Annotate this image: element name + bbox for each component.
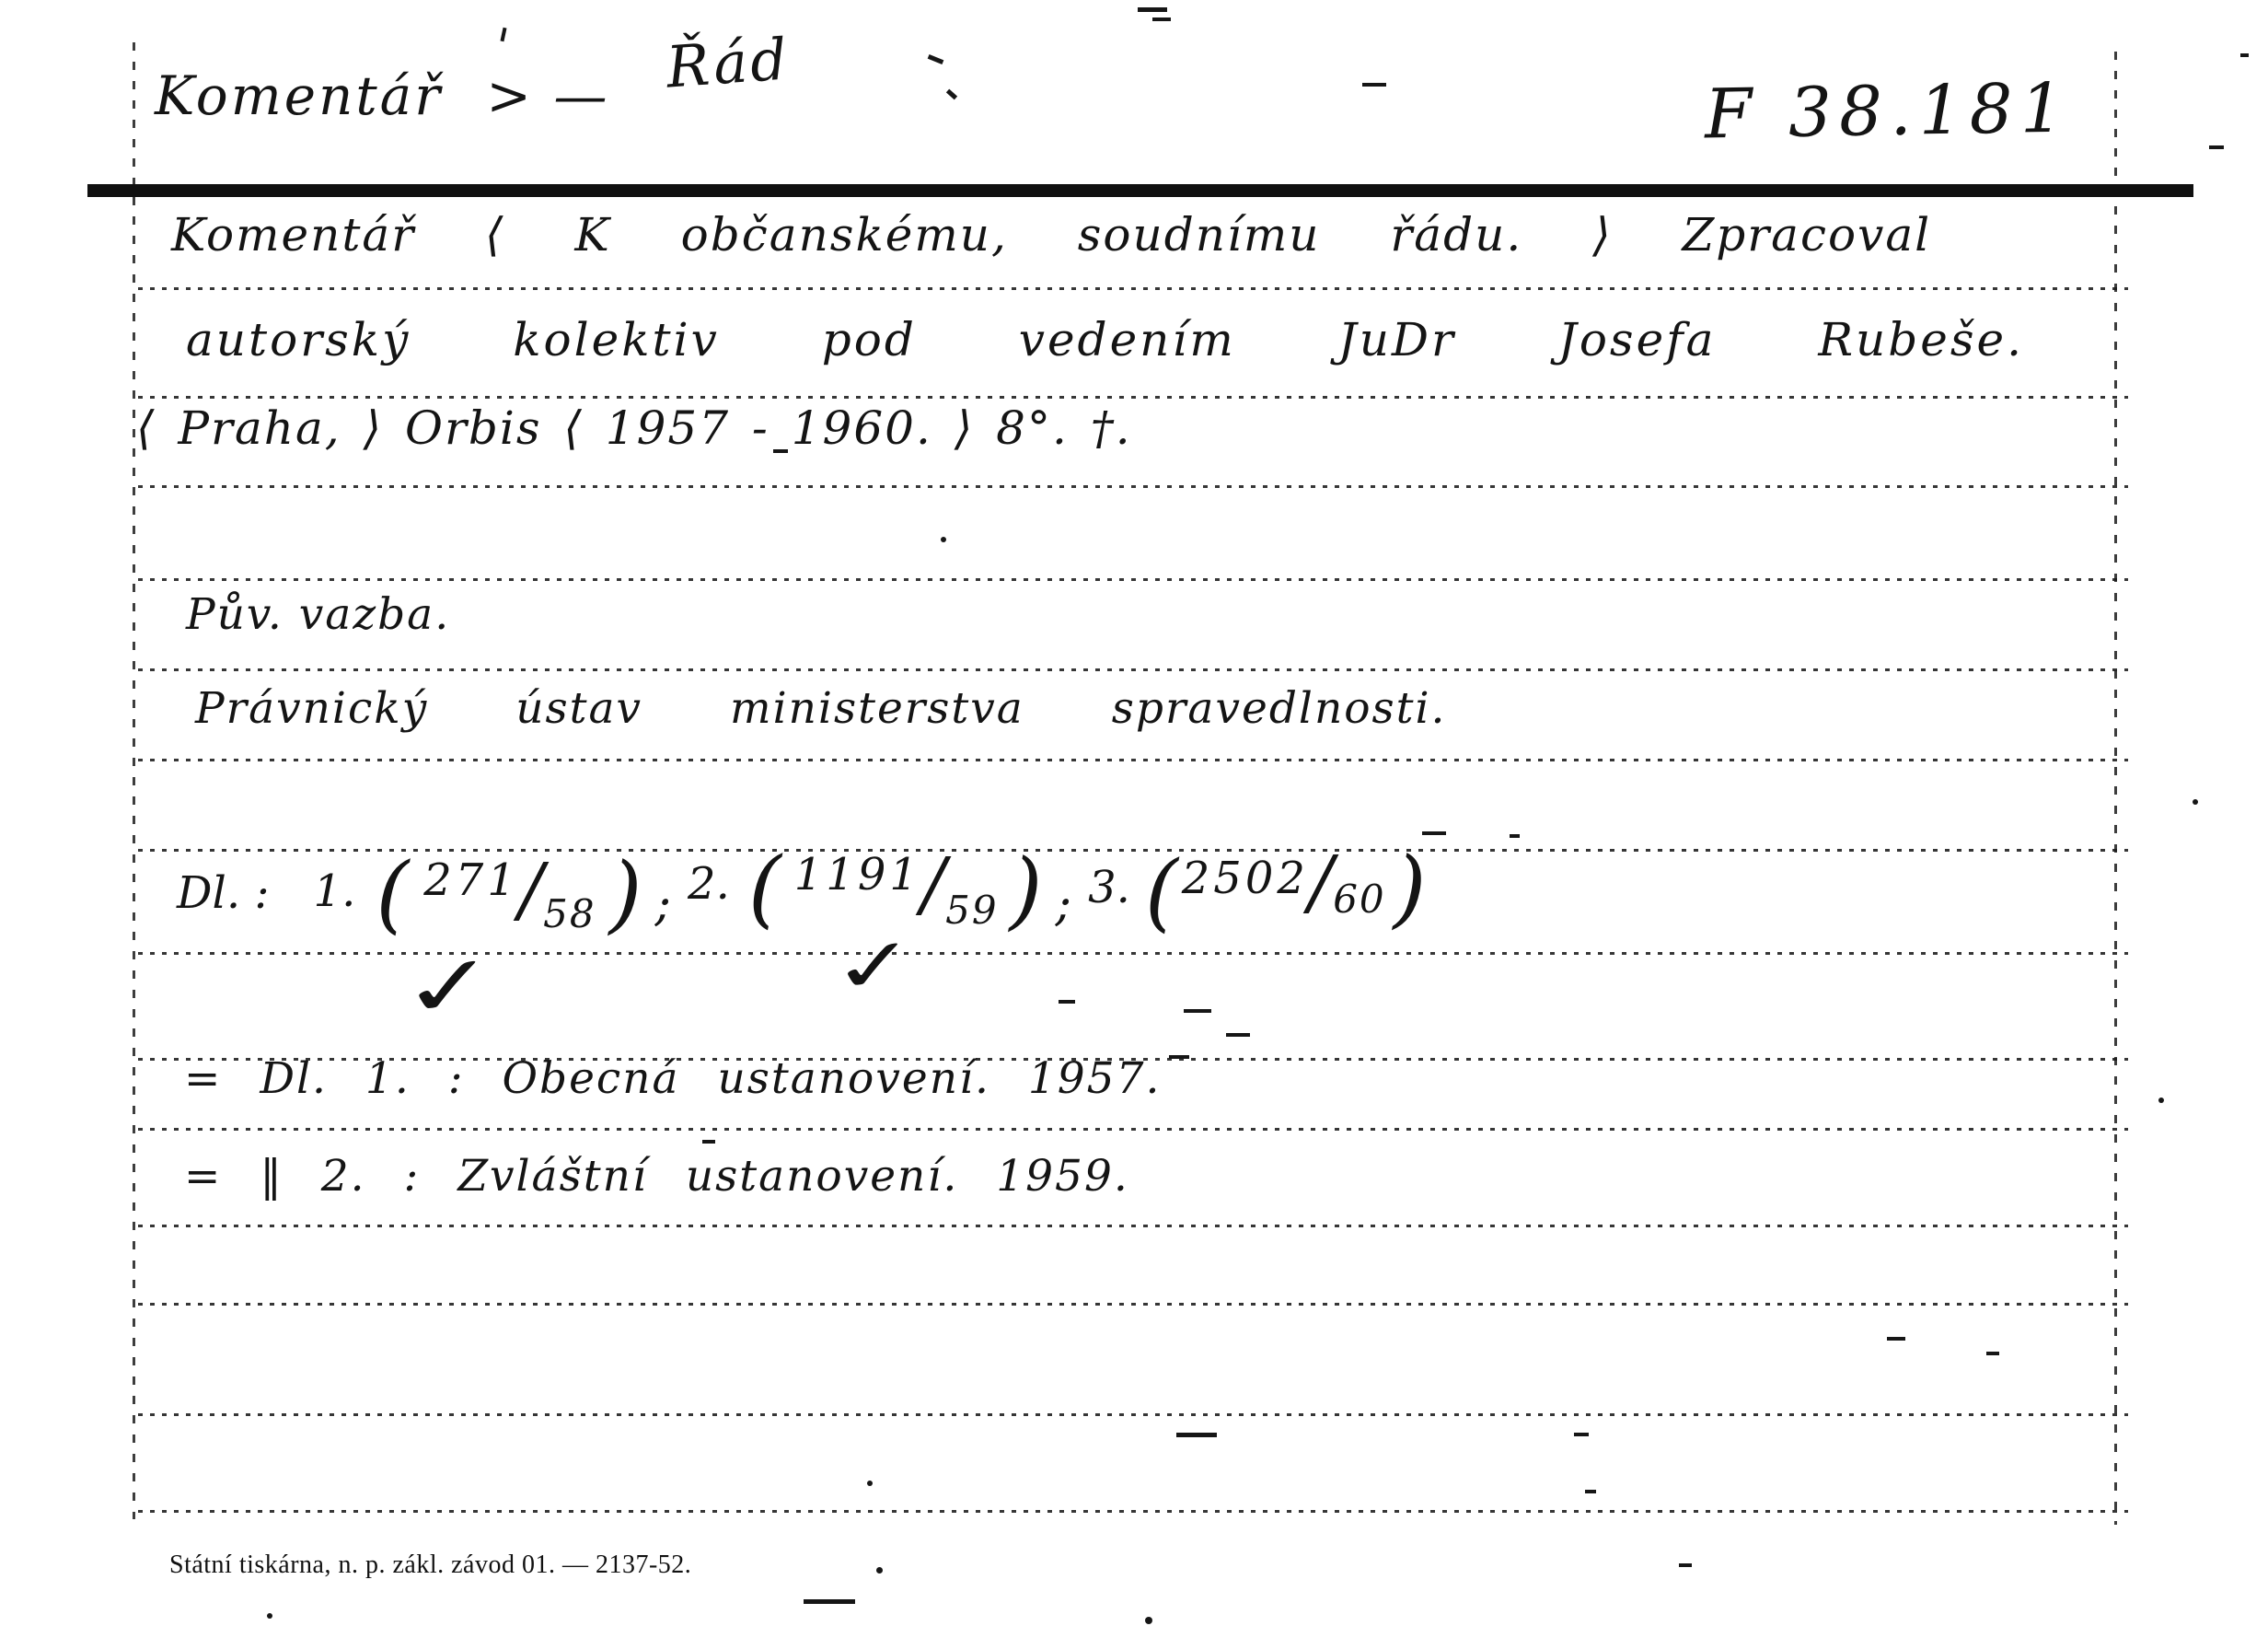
scan-speck <box>1152 17 1171 21</box>
scan-speck <box>928 54 944 64</box>
scan-speck <box>876 1567 883 1574</box>
volume-number: 2502 <box>1182 853 1309 904</box>
scan-speck <box>773 449 788 453</box>
paren-open: ( <box>1145 858 1178 926</box>
volume-year: 59 <box>945 888 998 933</box>
scan-speck <box>1176 1433 1217 1437</box>
scan-speck <box>1887 1337 1905 1341</box>
scan-speck <box>946 89 957 100</box>
volume-number: 1191 <box>794 849 921 900</box>
printer-imprint: Státní tiskárna, n. p. zákl. závod 01. —… <box>169 1551 691 1580</box>
scan-speck <box>1362 83 1386 87</box>
scan-speck <box>1679 1563 1692 1567</box>
volume-number: 271 <box>423 854 519 906</box>
volume-year: 58 <box>543 891 596 936</box>
separator: ; <box>1056 877 1072 932</box>
volume-ordinal: 2. <box>688 858 730 910</box>
separator: ; <box>655 877 672 932</box>
imprint-line: ⟨ Praha, ⟩ Orbis ⟨ 1957 - 1960. ⟩ 8°. †. <box>136 401 1132 455</box>
scan-speck <box>804 1599 855 1604</box>
scan-speck <box>1226 1033 1250 1037</box>
holdings-label: Dl. : <box>177 867 270 919</box>
ruled-line <box>138 759 2128 761</box>
scan-speck <box>2193 799 2198 805</box>
scan-speck <box>2240 53 2249 57</box>
check-mark: ✓ <box>827 920 920 1010</box>
scan-speck <box>1169 1055 1189 1059</box>
paren-open: ( <box>376 860 409 928</box>
scan-speck <box>2209 145 2224 149</box>
scan-speck <box>1574 1433 1589 1436</box>
subject-heading-row: Komentář > — Řád <box>155 61 790 128</box>
corporate-author-note: Právnický ústav ministerstva spravedlnos… <box>195 683 1447 734</box>
volume-year: 60 <box>1333 877 1385 922</box>
header-separator-line <box>87 184 2193 197</box>
volume-ordinal: 3. <box>1088 862 1130 913</box>
ruled-line <box>138 849 2128 852</box>
call-number: F 38.181 <box>1704 69 2071 155</box>
heading-connector: > — <box>486 64 609 127</box>
volume-ordinal: 1. <box>314 865 356 917</box>
scan-speck <box>1184 1009 1211 1013</box>
contents-note-line-1: = Dl. 1. : Obecná ustanovení. 1957. <box>184 1053 1161 1104</box>
contents-note-line-2: = ‖ 2. : Zvláštní ustanovení. 1959. <box>184 1151 1129 1202</box>
scan-speck <box>1145 1617 1152 1624</box>
scan-speck <box>702 1140 715 1144</box>
scan-speck <box>2158 1098 2164 1103</box>
scan-speck <box>500 28 506 42</box>
scan-speck <box>1585 1490 1596 1493</box>
paren-close: ) <box>1010 856 1043 924</box>
paren-open: ( <box>748 854 781 923</box>
scan-speck <box>941 537 946 542</box>
scan-speck <box>1510 834 1520 838</box>
catalog-card: { "header": { "subject_heading": "Koment… <box>0 0 2268 1626</box>
subject-heading: Komentář <box>155 64 443 127</box>
title-statement-line-1: Komentář ⟨ K občanskému, soudnímu řádu. … <box>171 208 1931 261</box>
ruled-line <box>138 1225 2128 1227</box>
holdings-row: Dl. : 1. ( 271 / 58 ) ; 2. ( 1191 / 59 )… <box>177 864 1427 932</box>
binding-note: Pův. vazba. <box>186 589 450 640</box>
scan-speck <box>1138 7 1167 12</box>
ruled-line <box>138 287 2128 290</box>
title-statement-line-2: autorský kolektiv pod vedením JuDr Josef… <box>186 313 2024 366</box>
scan-speck <box>1059 1000 1075 1004</box>
scan-speck <box>267 1613 272 1619</box>
fraction-slash: / <box>519 869 543 912</box>
paren-close: ) <box>609 860 642 928</box>
paren-close: ) <box>1394 854 1427 923</box>
fraction-slash: / <box>1309 862 1333 905</box>
heading-reference: Řád <box>665 25 793 100</box>
scan-speck <box>867 1481 873 1486</box>
ruled-line <box>138 485 2128 488</box>
scan-speck <box>1422 831 1446 835</box>
ruled-line <box>138 1413 2128 1416</box>
ruled-line <box>138 1303 2128 1306</box>
ruled-line <box>138 668 2128 671</box>
card-left-border <box>133 42 135 1519</box>
scan-speck <box>1986 1352 1999 1355</box>
ruled-line <box>138 578 2128 581</box>
check-mark: ✓ <box>397 936 502 1038</box>
ruled-line <box>138 396 2128 399</box>
ruled-line <box>138 1510 2128 1513</box>
ruled-line <box>138 1128 2128 1131</box>
fraction-slash: / <box>921 864 945 907</box>
